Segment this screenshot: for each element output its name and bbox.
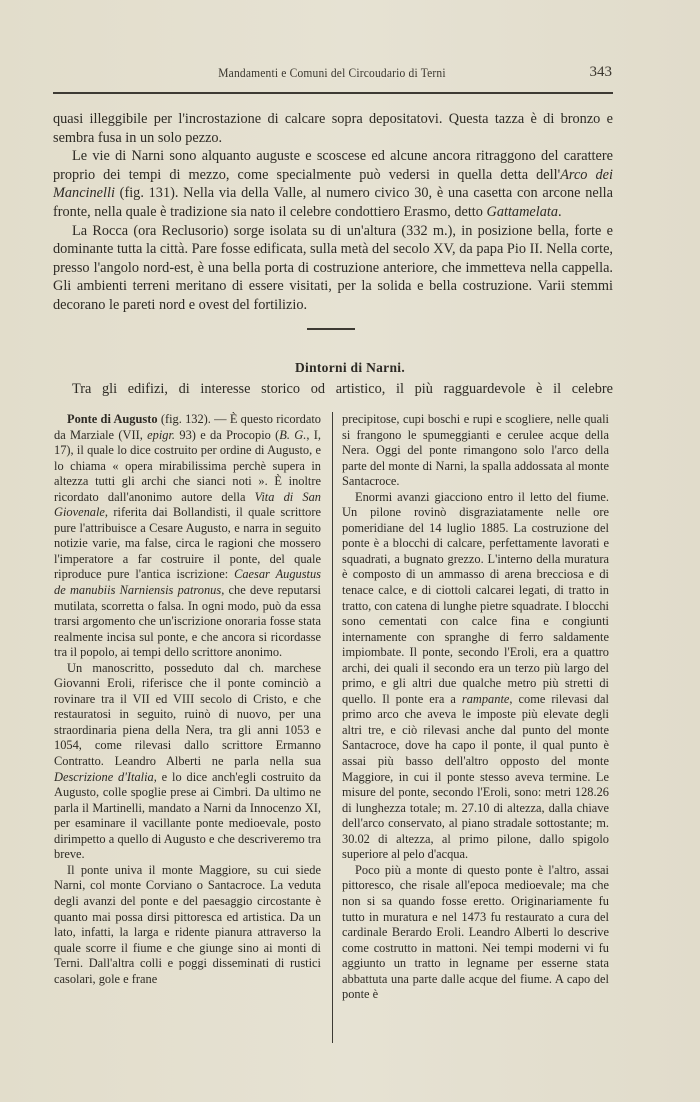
text-run: , come rilevasi dal primo arco che aveva… xyxy=(342,692,609,861)
section-separator xyxy=(307,328,355,330)
paragraph-ponte-univa: Il ponte univa il monte Maggiore, su cui… xyxy=(54,863,321,987)
paragraph-ponte-medioevale: Poco più a monte di questo ponte è l'alt… xyxy=(342,863,609,1003)
page-header: Mandamenti e Comuni del Circoudario di T… xyxy=(52,62,612,84)
section-title: Dintorni di Narni. xyxy=(0,360,700,376)
paragraph-rocca: La Rocca (ora Reclusorio) sorge isolata … xyxy=(53,222,613,315)
bold-ponte-di-augusto: Ponte di Augusto xyxy=(67,412,158,426)
right-column: precipitose, cupi boschi e rupi e scogli… xyxy=(342,412,609,1003)
italic-gattamelata: Gattamelata xyxy=(487,204,558,220)
paragraph-fountain: quasi illeggibile per l'incrostazione di… xyxy=(53,110,613,147)
column-divider xyxy=(332,412,333,1043)
text-run: Le vie di Narni sono alquanto auguste e … xyxy=(53,148,613,183)
left-column: Ponte di Augusto (fig. 132). — È questo … xyxy=(54,412,321,987)
running-title: Mandamenti e Comuni del Circoudario di T… xyxy=(74,66,589,81)
section-intro: Tra gli edifizi, di interesse storico od… xyxy=(53,380,613,399)
page-number: 343 xyxy=(590,64,613,81)
text-run: . xyxy=(558,204,562,220)
italic-run: Descrizione d'Italia xyxy=(54,770,154,784)
italic-rampante: rampante xyxy=(462,692,510,706)
italic-run: B. G. xyxy=(279,428,306,442)
paragraph-avanzi: Enormi avanzi giacciono entro il letto d… xyxy=(342,490,609,863)
top-text-block: quasi illeggibile per l'incrostazione di… xyxy=(53,110,613,315)
book-page: Mandamenti e Comuni del Circoudario di T… xyxy=(0,0,700,1102)
italic-run: epigr. xyxy=(147,428,175,442)
text-run: Enormi avanzi giacciono entro il letto d… xyxy=(342,490,609,706)
paragraph-streets: Le vie di Narni sono alquanto auguste e … xyxy=(53,147,613,221)
paragraph-continuation: precipitose, cupi boschi e rupi e scogli… xyxy=(342,412,609,490)
text-run: Un manoscritto, posseduto dal ch. marche… xyxy=(54,661,321,768)
paragraph-ponte-augusto: Ponte di Augusto (fig. 132). — È questo … xyxy=(54,412,321,661)
paragraph-manoscritto: Un manoscritto, posseduto dal ch. marche… xyxy=(54,661,321,863)
header-rule xyxy=(53,92,613,94)
text-run: 93) e da Procopio ( xyxy=(175,428,279,442)
